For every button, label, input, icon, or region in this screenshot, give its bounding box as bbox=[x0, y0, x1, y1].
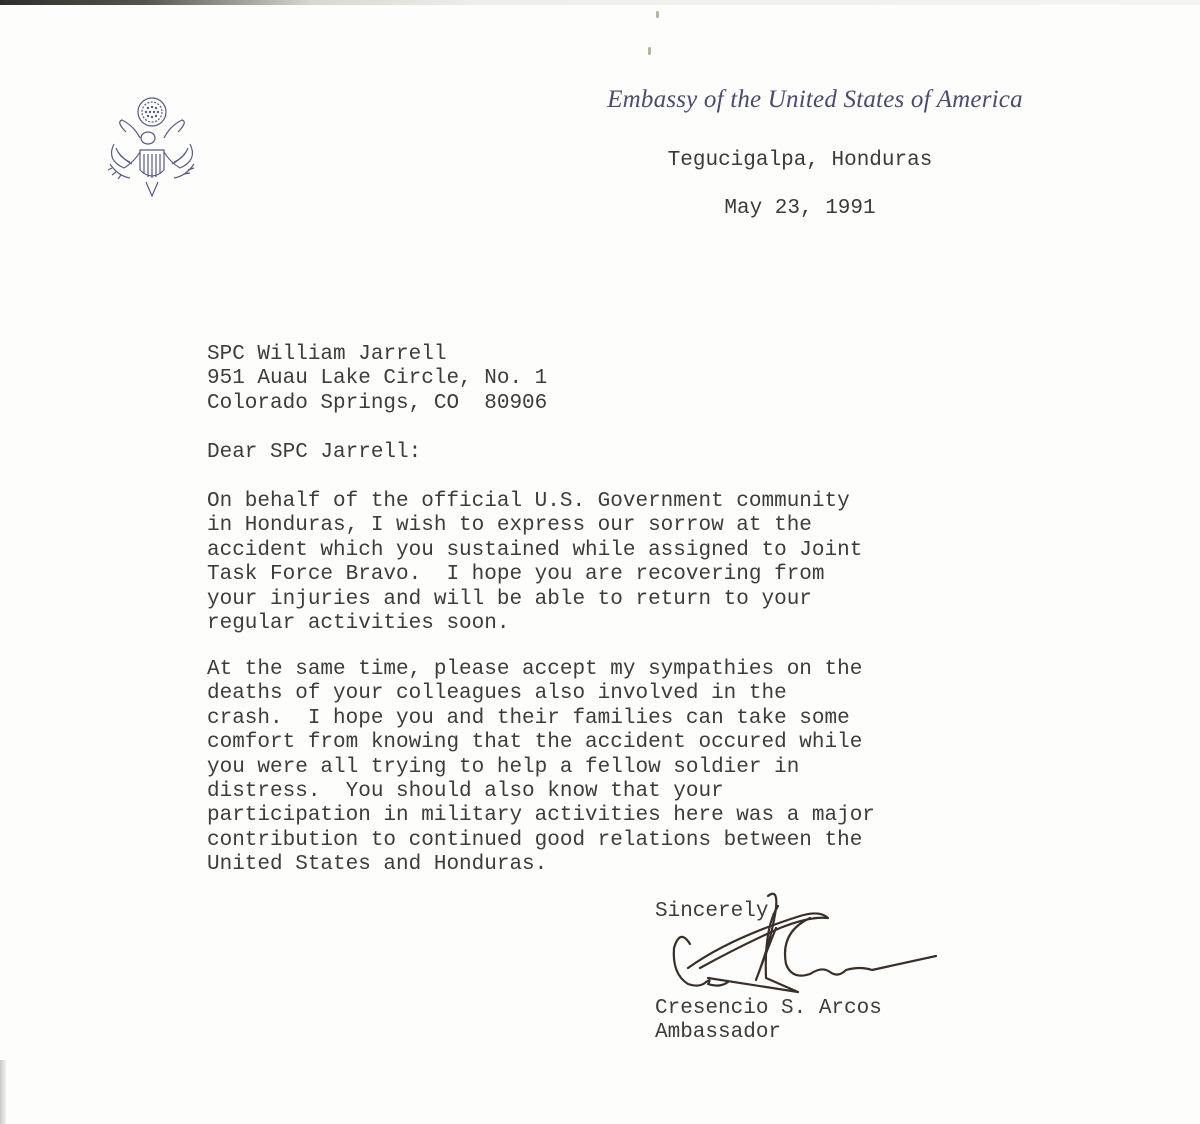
embassy-letterhead: Embassy of the United States of America bbox=[560, 86, 1070, 114]
recipient-name: SPC William Jarrell bbox=[207, 343, 547, 367]
signer-title: Ambassador bbox=[655, 1021, 781, 1045]
body-paragraph-2: At the same time, please accept my sympa… bbox=[207, 658, 875, 878]
recipient-street: 951 Auau Lake Circle, No. 1 bbox=[207, 367, 547, 391]
body-line: Task Force Bravo. I hope you are recover… bbox=[207, 563, 862, 587]
letter-date: May 23, 1991 bbox=[560, 197, 1040, 220]
signer-name: Cresencio S. Arcos bbox=[655, 997, 882, 1021]
body-line: crash. I hope you and their families can… bbox=[207, 707, 875, 731]
body-line: United States and Honduras. bbox=[207, 853, 875, 877]
body-line: your injuries and will be able to return… bbox=[207, 588, 862, 612]
body-line: distress. You should also know that your bbox=[207, 780, 875, 804]
page-edge-shadow bbox=[0, 0, 1200, 5]
body-line: regular activities soon. bbox=[207, 612, 862, 636]
paper-speck bbox=[648, 47, 651, 55]
body-line: accident which you sustained while assig… bbox=[207, 539, 862, 563]
great-seal-icon bbox=[96, 92, 208, 204]
recipient-address: SPC William Jarrell951 Auau Lake Circle,… bbox=[207, 343, 547, 416]
body-line: participation in military activities her… bbox=[207, 804, 875, 828]
body-line: deaths of your colleagues also involved … bbox=[207, 682, 875, 706]
body-line: in Honduras, I wish to express our sorro… bbox=[207, 514, 862, 538]
body-paragraph-1: On behalf of the official U.S. Governmen… bbox=[207, 490, 862, 636]
body-line: At the same time, please accept my sympa… bbox=[207, 658, 875, 682]
body-line: you were all trying to help a fellow sol… bbox=[207, 756, 875, 780]
body-line: contribution to continued good relations… bbox=[207, 829, 875, 853]
recipient-city: Colorado Springs, CO 80906 bbox=[207, 392, 547, 416]
body-line: On behalf of the official U.S. Governmen… bbox=[207, 490, 862, 514]
salutation: Dear SPC Jarrell: bbox=[207, 441, 421, 465]
body-line: comfort from knowing that the accident o… bbox=[207, 731, 875, 755]
paper-speck bbox=[656, 11, 659, 18]
letter-location: Tegucigalpa, Honduras bbox=[560, 149, 1040, 172]
page-edge-shadow-left bbox=[0, 1060, 6, 1124]
